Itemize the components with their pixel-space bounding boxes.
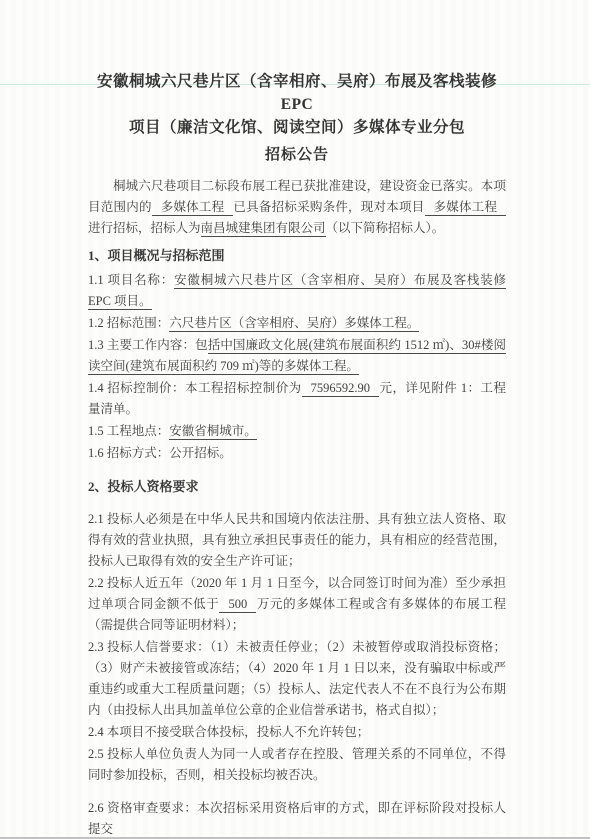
- document-page: 安徽桐城六尺巷片区（含宰相府、吴府）布展及客栈装修 EPC 项目（廉洁文化馆、阅…: [0, 0, 590, 839]
- text-segment: 1.2 招标范围：: [88, 316, 169, 330]
- item-2-1-qualification: 2.1 投标人必须是在中华人民共和国境内依法注册、具有独立法人资格、取得有效的营…: [88, 509, 506, 572]
- item-1-3-main-work-content: 1.3 主要工作内容：包括中国廉政文化展(建筑布展面积约 1512 ㎡)、30#…: [88, 335, 506, 377]
- text-segment: 已具备招标采购条件，现对本项目: [233, 200, 424, 214]
- text-segment: 1.5 工程地点：: [88, 424, 169, 438]
- text-segment: 进行招标，招标人为: [88, 221, 201, 235]
- text-segment: 2.5 投标人单位负责人为同一人或者存在控股、管理关系的不同单位，不得同时参加投…: [88, 747, 506, 782]
- item-2-2-contract-experience: 2.2 投标人近五年（2020 年 1 月 1 日至今，以合同签订时间为准）至少…: [88, 573, 506, 636]
- underlined-text: 多媒体工程: [425, 200, 506, 216]
- item-2-3-reputation-requirements: 2.3 投标人信誉要求：（1）未被责任停业；（2）未被暂停或取消投标资格；（3）…: [88, 637, 506, 721]
- text-segment: 2.6 资格审查要求：本次招标采用资格后审的方式，即在评标阶段对投标人提交: [88, 801, 506, 836]
- underlined-text: 安徽省桐城市。: [169, 424, 257, 440]
- title-line-1: 安徽桐城六尺巷片区（含宰相府、吴府）布展及客栈装修 EPC: [88, 70, 506, 116]
- item-1-2-bidding-scope: 1.2 招标范围：六尺巷片区（含宰相府、吴府）多媒体工程。: [88, 313, 506, 334]
- section-2-heading: 2、投标人资格要求: [88, 476, 506, 497]
- item-2-4-no-consortium: 2.4 本项目不接受联合体投标，投标人不允许转包；: [88, 722, 506, 743]
- item-1-1-project-name: 1.1 项目名称：安徽桐城六尺巷片区（含宰相府、吴府）布展及客栈装修 EPC 项…: [88, 270, 506, 312]
- document-content: 安徽桐城六尺巷片区（含宰相府、吴府）布展及客栈装修 EPC 项目（廉洁文化馆、阅…: [0, 0, 590, 839]
- item-1-4-control-price: 1.4 招标控制价：本工程招标控制价为7596592.90元，详见附件 1：工程…: [88, 378, 506, 420]
- text-segment: 1.4 招标控制价：本工程招标控制价为: [88, 381, 302, 395]
- document-body: 桐城六尺巷项目二标段布展工程已获批准建设，建设资金已落实。本项目范围内的多媒体工…: [88, 176, 506, 839]
- text-segment: 2、投标人资格要求: [88, 479, 199, 494]
- item-2-6-qualification-review: 2.6 资格审查要求：本次招标采用资格后审的方式，即在评标阶段对投标人提交: [88, 798, 506, 839]
- text-segment: 1.1 项目名称：: [88, 273, 174, 287]
- underlined-text: 7596592.90: [302, 381, 379, 397]
- text-segment: 1.6 招标方式：公开招标。: [88, 446, 232, 460]
- document-title: 安徽桐城六尺巷片区（含宰相府、吴府）布展及客栈装修 EPC 项目（廉洁文化馆、阅…: [88, 70, 506, 139]
- underlined-text: 500: [219, 597, 256, 613]
- intro-paragraph: 桐城六尺巷项目二标段布展工程已获批准建设，建设资金已落实。本项目范围内的多媒体工…: [88, 176, 506, 239]
- item-1-5-project-location: 1.5 工程地点：安徽省桐城市。: [88, 421, 506, 442]
- document-subtitle: 招标公告: [88, 144, 506, 167]
- item-2-5-same-responsible-person: 2.5 投标人单位负责人为同一人或者存在控股、管理关系的不同单位，不得同时参加投…: [88, 744, 506, 786]
- text-segment: 2.4 本项目不接受联合体投标，投标人不允许转包；: [88, 725, 369, 739]
- text-segment: （以下简称招标人）。: [326, 221, 445, 235]
- text-segment: 1.3 主要工作内容：包: [88, 338, 208, 352]
- title-line-2: 项目（廉洁文化馆、阅读空间）多媒体专业分包: [88, 116, 506, 139]
- item-1-6-bidding-method: 1.6 招标方式：公开招标。: [88, 443, 506, 464]
- text-segment: 2.3 投标人信誉要求：（1）未被责任停业；（2）未被暂停或取消投标资格；（3）…: [88, 640, 506, 717]
- text-segment: 2.1 投标人必须是在中华人民共和国境内依法注册、具有独立法人资格、取得有效的营…: [88, 512, 506, 568]
- underlined-text: 六尺巷片区（含宰相府、吴府）多媒体工程。: [169, 316, 419, 332]
- underlined-text: 多媒体工程: [152, 200, 234, 216]
- section-1-heading: 1、项目概况与招标范围: [88, 245, 506, 266]
- underlined-text: 南昌城建集团有限公司: [201, 221, 326, 237]
- text-segment: 1、项目概况与招标范围: [88, 248, 225, 263]
